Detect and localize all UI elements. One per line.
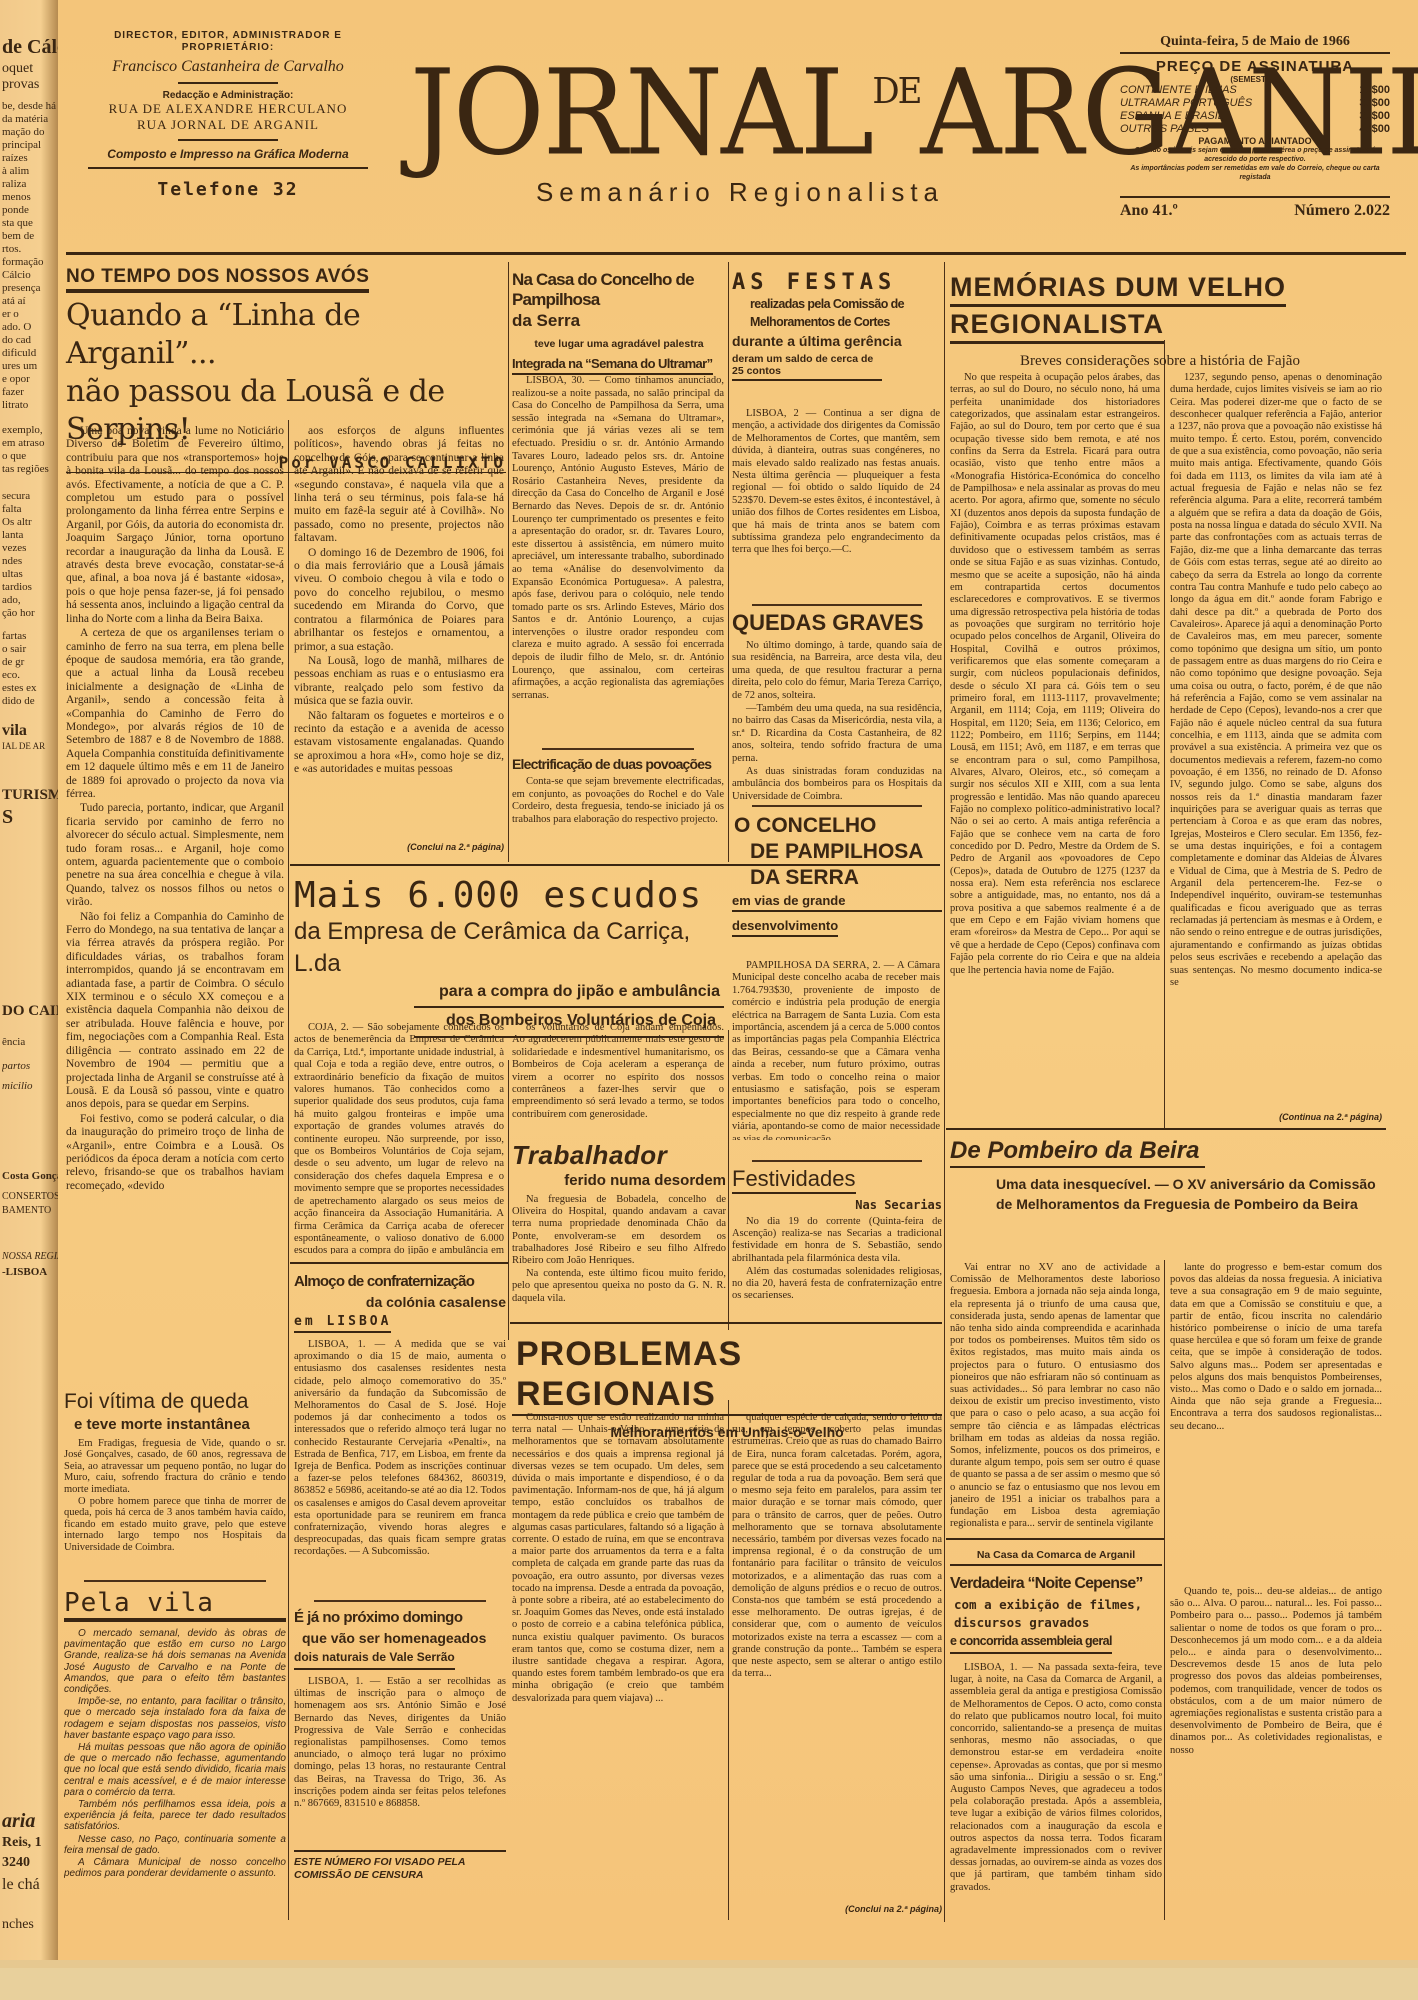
continued-note: (Conclui na 2.ª página) xyxy=(732,1904,942,1914)
article-deck: da colónia casalense xyxy=(294,1292,506,1312)
article-deck: Nas Secarias xyxy=(732,1198,942,1212)
left-fragment: Costa Gonçalv xyxy=(2,1170,58,1183)
section-rule xyxy=(946,1128,1386,1130)
paragraph: COJA, 2. — São sobejamente conhecidos os… xyxy=(294,1022,504,1254)
divider xyxy=(752,1160,922,1162)
newspaper-title: JORNALDEARGANIL Semanário Regionalista xyxy=(410,32,1070,208)
left-fragment: de gr xyxy=(2,656,58,669)
article-headline: Foi vítima de queda xyxy=(64,1390,286,1414)
left-fragment: bem de xyxy=(2,230,58,243)
left-fragment: presença xyxy=(2,282,58,295)
paragraph: Além das costumadas solenidades religios… xyxy=(732,1266,942,1303)
article-deck: e concorrida assembleia geral xyxy=(950,1632,1112,1654)
censorship-note: ESTE NÚMERO FOI VISADO PELA COMISSÃO DE … xyxy=(294,1856,506,1882)
section-rule xyxy=(290,1262,508,1264)
left-fragment: NOSSA REGIÃ xyxy=(2,1250,58,1263)
left-fragment: raliza xyxy=(2,178,58,191)
paragraph: Também nós perfilhamos essa ideia, pois … xyxy=(64,1799,286,1833)
paragraph: O pobre homem parece que tinha de morrer… xyxy=(64,1496,286,1553)
article-trabalhador: Trabalhador ferido numa desordem Na freg… xyxy=(512,1140,726,1306)
divider xyxy=(314,1600,486,1602)
article-deck: Breves considerações sobre a história de… xyxy=(950,350,1370,372)
left-fragment: ência xyxy=(2,1036,58,1049)
paragraph: No que respeita à ocupação pelos árabes,… xyxy=(950,372,1160,977)
paragraph: Foi festivo, como se poderá calcular, o … xyxy=(66,1113,284,1193)
left-fragment: ponde xyxy=(2,204,58,217)
paragraph: os Voluntários de Coja andam empenhados.… xyxy=(512,1022,724,1121)
article-casa-pampilhosa-header: Na Casa do Concelho de Pampilhosa da Ser… xyxy=(512,270,726,375)
article-deck: dois naturais de Vale Serrão xyxy=(294,1648,455,1670)
payment-label: PAGAMENTO ADIANTADO xyxy=(1120,136,1390,146)
divider xyxy=(88,167,368,169)
paragraph: Não foi feliz a Companhia do Caminho de … xyxy=(66,911,284,1112)
left-fragment: ado, xyxy=(2,594,58,607)
divider xyxy=(542,748,694,750)
left-fragment: 3240 xyxy=(2,1856,58,1869)
column-rule xyxy=(288,420,289,1920)
price-period: (SEMESTRE) xyxy=(1120,75,1390,84)
left-fragment: vila xyxy=(2,720,58,742)
paragraph: —Também deu uma queda, na sua residência… xyxy=(732,703,942,765)
paragraph: Impõe-se, no entanto, para facilitar o t… xyxy=(64,1696,286,1741)
left-fragment: micilio xyxy=(2,1080,58,1093)
paragraph: LISBOA, 1. — Estão a ser recolhidas as ú… xyxy=(294,1676,506,1810)
article-noite-cepense: Na Casa da Comarca de Arganil Verdadeira… xyxy=(950,1548,1162,1912)
article-headline: QUEDAS GRAVES xyxy=(732,610,942,636)
issue-info: Ano 41.º Número 2.022 xyxy=(1120,196,1390,220)
column-rule xyxy=(944,262,945,1922)
article-deck: teve lugar uma agradável palestra xyxy=(512,338,726,350)
left-fragment: ndes xyxy=(2,555,58,568)
article-headline: Trabalhador xyxy=(512,1140,726,1170)
paragraph: Tudo parecia, portanto, indicar, que Arg… xyxy=(66,802,284,909)
article-deck: Uma data inesquecível. — O XV aniversári… xyxy=(950,1174,1380,1214)
article-mais-6000-header: Mais 6.000 escudos da Empresa de Cerâmic… xyxy=(294,876,724,1038)
article-deck: durante a última gerência xyxy=(732,333,942,349)
paragraph: Em Fradigas, freguesia de Vide, quando o… xyxy=(64,1438,286,1495)
article-pela-vila: Pela vila O mercado semanal, devido às o… xyxy=(64,1580,286,1946)
paragraph: As duas sinistradas foram conduzidas na … xyxy=(732,766,942,803)
left-fragment: da matéria xyxy=(2,113,58,126)
left-fragment: o sair xyxy=(2,643,58,656)
paragraph: LISBOA, 2 — Continua a ser digna de menç… xyxy=(732,408,940,557)
article-headline: PROBLEMAS REGIONAIS xyxy=(512,1334,942,1416)
divider xyxy=(752,805,922,807)
paragraph: PAMPILHOSA DA SERRA, 2. — A Câmara Munic… xyxy=(732,960,940,1140)
article-body-column: qualquer espécie de calçada, sendo o lei… xyxy=(732,1412,942,1902)
left-fragment: Reis, 1 xyxy=(2,1836,58,1849)
article-headline: Pela vila xyxy=(64,1588,286,1622)
article-headline: da Serra xyxy=(512,310,726,332)
column-rule xyxy=(728,1400,729,1920)
divider xyxy=(414,1006,724,1008)
left-fragment: tas regiões xyxy=(2,463,58,476)
left-fragment: principal xyxy=(2,139,58,152)
left-fragment: DO CAIR xyxy=(2,1000,58,1022)
column-rule xyxy=(728,1030,729,1330)
left-fragment: dido de xyxy=(2,695,58,708)
redaction-label: Redacção e Administração: xyxy=(88,90,368,101)
title-part: JORNAL xyxy=(410,45,872,181)
section-rule xyxy=(946,1538,1164,1540)
article-deck: em LISBOA xyxy=(294,1314,391,1333)
article-headline: MEMÓRIAS DUM VELHO xyxy=(950,270,1286,307)
left-fragment: ultas xyxy=(2,568,58,581)
article-body-column: COJA, 2. — São sobejamente conhecidos os… xyxy=(294,1022,504,1254)
paragraph: LISBOA, 1. — À medida que se vai aproxim… xyxy=(294,1339,506,1559)
article-concelho-pampilhosa-header: O CONCELHO DE PAMPILHOSA DA SERRA em via… xyxy=(732,805,942,937)
left-fragment: dificuld xyxy=(2,347,58,360)
article-deck: ferido numa desordem xyxy=(512,1170,726,1192)
adjacent-page-fragment: de Cálc oquet provas be, desde há da mat… xyxy=(0,0,58,1960)
price-row: ESPANHA E BRASIL35$00 xyxy=(1120,110,1390,123)
continued-note: (Continua na 2.ª página) xyxy=(1170,1112,1382,1122)
paragraph: Quando te, pois... deu-se aldeias... de … xyxy=(1170,1586,1382,1757)
column-rule xyxy=(1164,340,1165,1130)
left-fragment: secura xyxy=(2,490,58,503)
article-body-column: Consta-nos que se estão realizando na mi… xyxy=(512,1412,724,1912)
article-festas-header: AS FESTAS realizadas pela Comissão de Me… xyxy=(732,270,942,381)
article-quedas-graves: QUEDAS GRAVES No último domingo, à tarde… xyxy=(732,604,942,804)
article-headline: DA SERRA xyxy=(732,865,942,891)
masthead-staff-block: DIRECTOR, EDITOR, ADMINISTRADOR E PROPRI… xyxy=(88,30,368,200)
owner-name: Francisco Castanheira de Carvalho xyxy=(88,58,368,76)
left-fragment: em atraso xyxy=(2,437,58,450)
column-rule xyxy=(508,1060,509,1340)
article-body-column: Uma boa nova, vinda a lume no Noticiário… xyxy=(66,425,284,1455)
left-fragment: atá aí xyxy=(2,295,58,308)
paragraph: Consta-nos que se estão realizando na mi… xyxy=(512,1412,724,1705)
article-body: LISBOA, 1. — Na passada sexta-feira, tev… xyxy=(950,1662,1162,1912)
paragraph: Na Lousã, logo de manhã, milhares de pes… xyxy=(294,655,504,709)
payment-note: As importâncias podem ser remetidas em v… xyxy=(1120,164,1390,182)
paragraph: No dia 19 do corrente (Quinta-feira de A… xyxy=(732,1216,942,1265)
left-fragment: ures um xyxy=(2,360,58,373)
page-bottom-edge xyxy=(0,1968,1418,2000)
article-deck: da Empresa de Cerâmica da Carriça, L.da xyxy=(294,916,724,980)
article-headline: Almoço de confraternização xyxy=(294,1272,506,1292)
section-rule xyxy=(510,1322,942,1324)
title-de: DE xyxy=(872,70,920,112)
divider xyxy=(178,82,278,84)
column-rule xyxy=(508,262,509,862)
article-deck: em vias de grande xyxy=(732,893,942,912)
left-fragment: eco. xyxy=(2,669,58,682)
article-body: No dia 19 do corrente (Quinta-feira de A… xyxy=(732,1216,942,1303)
left-fragment: er o xyxy=(2,308,58,321)
article-body-column: os Voluntários de Coja andam empenhados.… xyxy=(512,1022,724,1132)
article-almoco: Almoço de confraternização da colónia ca… xyxy=(294,1272,506,1579)
article-deck: desenvolvimento xyxy=(732,918,838,937)
left-fragment: tardios xyxy=(2,581,58,594)
article-vale-serrao: É já no próximo domingo que vão ser home… xyxy=(294,1600,506,1882)
article-electrificacao: Electrificação de duas povoações Conta-s… xyxy=(512,748,724,827)
article-body-column: PAMPILHOSA DA SERRA, 2. — A Câmara Munic… xyxy=(732,960,940,1140)
article-deck: deram um saldo de cerca de 25 contos xyxy=(732,353,882,381)
left-fragment: raízes xyxy=(2,152,58,165)
left-fragment: Cálcio xyxy=(2,269,58,282)
left-fragment: rtos. xyxy=(2,243,58,256)
article-headline: DE PAMPILHOSA xyxy=(732,839,942,865)
paragraph: Nesse caso, no Paço, continuaria somente… xyxy=(64,1834,286,1856)
left-fragment: be, desde há xyxy=(2,100,58,113)
address-line: RUA DE ALEXANDRE HERCULANO xyxy=(88,101,368,117)
paragraph: O mercado semanal, devido às obras de pa… xyxy=(64,1628,286,1695)
article-memorias-header: MEMÓRIAS DUM VELHO REGIONALISTA Breves c… xyxy=(950,270,1370,372)
article-deck: discursos gravados xyxy=(950,1614,1162,1632)
paragraph: A Câmara Municipal de nosso concelho ped… xyxy=(64,1857,286,1879)
left-fragment: lanta xyxy=(2,529,58,542)
price-row: CONTINENTE E ILHAS15$00 xyxy=(1120,84,1390,97)
price-row: OUTROS PAISES40$00 xyxy=(1120,123,1390,136)
left-fragment: o que xyxy=(2,450,58,463)
divider xyxy=(752,604,922,606)
price-row: ULTRAMAR PORTUGUÊS30$00 xyxy=(1120,97,1390,110)
article-headline: Na Casa do Concelho de Pampilhosa xyxy=(512,270,726,310)
paragraph: No último domingo, à tarde, quando saía … xyxy=(732,640,942,702)
address-line: RUA JORNAL DE ARGANIL xyxy=(88,117,368,133)
article-body: Conta-se que sejam brevemente electrific… xyxy=(512,776,724,827)
paragraph: Vai entrar no XV ano de actividade a Com… xyxy=(950,1262,1160,1530)
article-headline: Mais 6.000 escudos xyxy=(294,876,724,916)
article-body-column: lante do progresso e bem-estar comum dos… xyxy=(1170,1262,1382,1582)
left-fragment: -LISBOA xyxy=(2,1266,58,1279)
left-fragment: falta xyxy=(2,503,58,516)
column-rule xyxy=(1164,1260,1165,1920)
article-headline: É já no próximo domingo xyxy=(294,1608,506,1628)
article-foi-vitima: Foi vítima de queda e teve morte instant… xyxy=(64,1390,286,1554)
article-deck: realizadas pela Comissão de Melhoramento… xyxy=(732,295,942,331)
divider xyxy=(84,1580,266,1582)
paragraph: 1237, segundo penso, apenas o denominaçã… xyxy=(1170,372,1382,989)
paragraph: qualquer espécie de calçada, sendo o lei… xyxy=(732,1412,942,1680)
article-festividades: Festividades Nas Secarias No dia 19 do c… xyxy=(732,1160,942,1303)
left-fragment: TURISMO, LD xyxy=(2,784,58,806)
printer-line: Composto e Impresso na Gráfica Moderna xyxy=(88,147,368,161)
left-fragment: IAL DE AR xyxy=(2,740,58,753)
divider xyxy=(178,139,278,141)
article-pombeiro-header: De Pombeiro da Beira Uma data inesquecív… xyxy=(950,1136,1380,1214)
article-deck: para a compra do jipão e ambulância xyxy=(294,980,724,1004)
paragraph: lante do progresso e bem-estar comum dos… xyxy=(1170,1262,1382,1433)
article-deck: que vão ser homenageados xyxy=(294,1628,506,1648)
price-title: PREÇO DE ASSINATURA xyxy=(1120,58,1390,75)
left-fragment: estes ex xyxy=(2,682,58,695)
article-body: LISBOA, 1. — À medida que se vai aproxim… xyxy=(294,1339,506,1579)
left-fragment: litrato xyxy=(2,399,58,412)
paragraph: A certeza de que os arganilenses teriam … xyxy=(66,627,284,801)
article-kicker: Na Casa da Comarca de Arganil xyxy=(950,1548,1162,1566)
left-fragment: S xyxy=(2,806,58,828)
paragraph: Há muitas pessoas que não agora de opini… xyxy=(64,1742,286,1798)
left-fragment: le chá xyxy=(2,1878,58,1891)
left-fragment: à alim xyxy=(2,165,58,178)
left-fragment: formação xyxy=(2,256,58,269)
left-fragment: e opor xyxy=(2,373,58,386)
paragraph: LISBOA, 1. — Na passada sexta-feira, tev… xyxy=(950,1662,1162,1894)
article-headline: Festividades xyxy=(732,1166,856,1194)
article-body-column: No que respeita à ocupação pelos árabes,… xyxy=(950,372,1160,1124)
article-body-column: 1237, segundo penso, apenas o denominaçã… xyxy=(1170,372,1382,1112)
paragraph: Uma boa nova, vinda a lume no Noticiário… xyxy=(66,425,284,626)
left-fragment: exemplo, xyxy=(2,424,58,437)
paragraph: LISBOA, 30. — Como tínhamos anunciado, r… xyxy=(512,375,724,702)
article-headline: REGIONALISTA xyxy=(950,307,1164,344)
article-body: Em Fradigas, freguesia de Vide, quando o… xyxy=(64,1438,286,1554)
left-fragment: ção hor xyxy=(2,607,58,620)
left-fragment: vezes xyxy=(2,542,58,555)
divider xyxy=(294,1850,506,1852)
issue-number: Número 2.022 xyxy=(1294,202,1390,220)
paragraph: Na contenda, este último ficou muito fer… xyxy=(512,1268,726,1305)
article-body: LISBOA, 1. — Estão a ser recolhidas as ú… xyxy=(294,1676,506,1846)
issue-date: Quinta-feira, 5 de Maio de 1966 xyxy=(1120,34,1390,54)
masthead-rule xyxy=(66,252,1406,255)
left-fragment: ado. O xyxy=(2,321,58,334)
left-fragment: CONSERTOS xyxy=(2,1190,58,1203)
article-headline: O CONCELHO xyxy=(732,813,942,839)
phone-number: Telefone 32 xyxy=(88,179,368,200)
paragraph: Conta-se que sejam brevemente electrific… xyxy=(512,776,724,826)
left-fragment: fazer xyxy=(2,386,58,399)
paragraph: Na freguesia de Bobadela, concelho de Ol… xyxy=(512,1194,726,1267)
article-kicker: NO TEMPO DOS NOSSOS AVÓS xyxy=(66,266,369,293)
column-rule xyxy=(728,262,729,862)
left-fragment: menos xyxy=(2,191,58,204)
article-deck: com a exibição de filmes, xyxy=(950,1596,1162,1614)
left-fragment: mação do xyxy=(2,126,58,139)
left-fragment: partos xyxy=(2,1060,58,1073)
left-fragment: nches xyxy=(2,1918,58,1931)
article-body-column: LISBOA, 30. — Como tínhamos anunciado, r… xyxy=(512,375,724,740)
article-headline: De Pombeiro da Beira xyxy=(950,1136,1205,1168)
article-headline: Verdadeira “Noite Cepense” xyxy=(950,1572,1162,1596)
left-fragment: sta que xyxy=(2,217,58,230)
article-deck: e teve morte instantânea xyxy=(64,1414,286,1436)
left-fragment: Os altr xyxy=(2,516,58,529)
article-body: O mercado semanal, devido às obras de pa… xyxy=(64,1628,286,1946)
article-headline: Quando a “Linha de Arganil”... xyxy=(66,297,506,373)
article-headline: AS FESTAS xyxy=(732,270,942,295)
paragraph: O domingo 16 de Dezembro de 1906, foi o … xyxy=(294,547,504,654)
paragraph: Não faltaram os foguetes e morteiros e o… xyxy=(294,710,504,777)
left-fragment: fartas xyxy=(2,630,58,643)
article-headline: Electrificação de duas povoações xyxy=(512,756,724,772)
staff-label: DIRECTOR, EDITOR, ADMINISTRADOR E PROPRI… xyxy=(88,30,368,54)
payment-note: Quando os jornais sejam enviados por via… xyxy=(1120,146,1390,164)
article-body-column: Quando te, pois... deu-se aldeias... de … xyxy=(1170,1586,1382,1916)
left-fragment: oquet xyxy=(2,62,58,75)
left-fragment: de Cálc xyxy=(2,36,58,58)
left-fragment: aria xyxy=(2,1810,58,1832)
article-deck: Integrada na “Semana do Ultramar” xyxy=(512,356,713,375)
masthead-pricing-block: Quinta-feira, 5 de Maio de 1966 PREÇO DE… xyxy=(1120,34,1390,220)
left-fragment: provas xyxy=(2,78,58,91)
left-fragment: do cad xyxy=(2,334,58,347)
article-body-column: LISBOA, 2 — Continua a ser digna de menç… xyxy=(732,408,940,598)
article-body-column: Vai entrar no XV ano de actividade a Com… xyxy=(950,1262,1160,1532)
article-body: No último domingo, à tarde, quando saía … xyxy=(732,640,942,804)
continued-note: (Conclui na 2.ª página) xyxy=(294,842,504,852)
left-fragment: BAMENTO xyxy=(2,1204,58,1217)
article-body-column: aos esforços de alguns influentes políti… xyxy=(294,425,504,825)
paragraph: aos esforços de alguns influentes políti… xyxy=(294,425,504,546)
year-label: Ano 41.º xyxy=(1120,202,1178,220)
article-body: Na freguesia de Bobadela, concelho de Ol… xyxy=(512,1194,726,1306)
